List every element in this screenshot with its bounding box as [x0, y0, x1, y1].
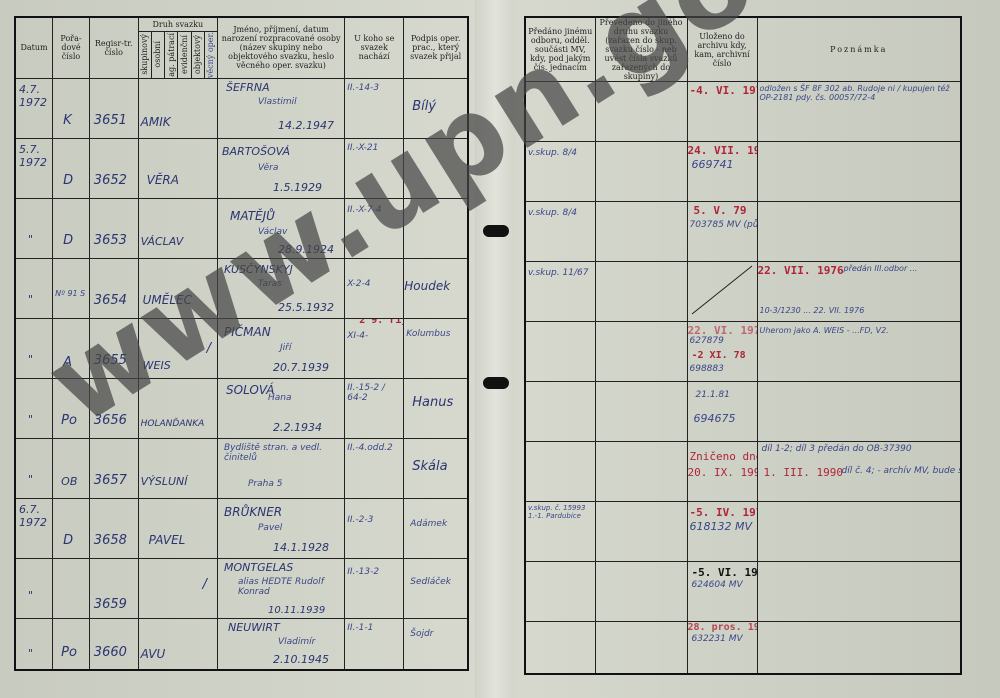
header-ag-patraci: ag. pátrací [167, 33, 176, 77]
row-datum: " [28, 647, 33, 660]
row-datum: 5.7. 1972 [19, 143, 51, 169]
row-poradove: D [63, 173, 73, 188]
row-registr: 3655 [94, 353, 127, 368]
row-podpis: Kolumbus [406, 329, 450, 339]
row-registr: 3659 [94, 597, 127, 612]
table-row: " A 3655 WEIS/ PIČMANJiří20.7.1939 2 9. … [15, 318, 468, 378]
row-poznamka: předán III.odbor ... [844, 264, 918, 273]
row-jmeno2: Hana [268, 393, 292, 403]
row-podpis: Adámek [410, 519, 447, 529]
header-vecny-oper: věcný oper. [206, 32, 215, 78]
row-registr: 3651 [94, 113, 127, 128]
row-narozeni: 2.2.1934 [273, 421, 322, 434]
table-row: v.skup. č. 15993 1.-1. Pardubice -5. IV.… [525, 502, 961, 562]
row-kryci-jmeno: WEIS [143, 359, 171, 372]
row-jmeno: BRŮKNER [224, 505, 282, 519]
row-u-koho: II.-14-3 [347, 83, 379, 93]
binding-hole-icon [483, 225, 509, 237]
table-row: 6.7. 1972 D 3658 PAVEL BRŮKNERPavel14.1.… [15, 498, 468, 558]
row-poznamka: Uherom jako A. WEIS - ...FD, V2. [760, 326, 960, 335]
row-narozeni: 10.11.1939 [268, 605, 325, 616]
table-row: 5.7. 1972 D 3652 VĚRA BARTOŠOVÁVěra1.5.1… [15, 138, 468, 198]
row-poznamka-stamp: 22. VII. 1976 [758, 264, 844, 277]
row-ulozeno-num: 632231 MV [692, 634, 743, 644]
row-u-koho: II.-X-7-4 [347, 205, 381, 215]
row-registr: 3658 [94, 533, 127, 548]
row-ulozeno-num: 624604 MV [692, 580, 743, 590]
row-poznamka2: 10-3/1230 ... 22. VII. 1976 [760, 306, 865, 315]
row-jmeno2: Věra [258, 163, 278, 173]
row-poradove: Nº 91 S [55, 289, 87, 298]
row-kryci-jmeno: AMIK [141, 115, 171, 129]
header-ulozeno: Uloženo do archivu kdy, kam, archivní čí… [687, 17, 757, 82]
diagonal-strike-icon [688, 262, 758, 322]
table-row: 21.1.81694675 [525, 382, 961, 442]
header-registr-cislo: Regisr-tr. číslo [89, 17, 138, 78]
header-prevedeno: Převedeno do jiného druhu svazku (zařaze… [595, 17, 687, 82]
left-ledger-table: Datum Pořa-dové číslo Regisr-tr. číslo D… [14, 16, 469, 671]
row-jmeno2: Vladimír [278, 637, 315, 647]
table-row: v.skup. 8/4 24. VII. 1975669741 [525, 142, 961, 202]
row-registr: 3660 [94, 645, 127, 660]
row-jmeno: NEUWIRT [228, 621, 280, 634]
row-narozeni: 14.2.1947 [278, 119, 334, 132]
header-predano: Předáno jinému odboru, odděl. součásti M… [525, 17, 595, 82]
row-datum: " [28, 473, 33, 486]
header-u-koho: U koho se svazek nachází [345, 17, 404, 78]
row-datum: " [28, 353, 33, 366]
header-podpis: Podpis oper. prac., který svazek přijal [404, 17, 468, 78]
row-datum: " [28, 293, 33, 306]
row-predano: v.skup. č. 15993 1.-1. Pardubice [528, 504, 594, 520]
row-ulozeno-num: 21.1.81 [696, 390, 730, 400]
row-jmeno: PIČMAN [224, 325, 271, 339]
header-poradove-cislo: Pořa-dové číslo [53, 17, 90, 78]
row-narozeni: 1.5.1929 [273, 181, 322, 194]
row-poznamka2: díl č. 4; - archív MV, bude skartace [842, 466, 962, 476]
row-jmeno2: Václav [258, 227, 287, 237]
header-evidencni: evidenční [180, 35, 189, 74]
row-predano: v.skup. 8/4 [528, 208, 577, 218]
row-jmeno2: Pavel [258, 523, 282, 533]
row-poradove: D [63, 533, 73, 548]
header-datum: Datum [15, 17, 53, 78]
row-kryci-jmeno: PAVEL [149, 533, 186, 547]
table-row: " OB 3657 VÝSLUNÍ Bydliště stran. a vedl… [15, 438, 468, 498]
row-mark: / [207, 341, 211, 356]
row-datum: " [28, 589, 33, 602]
table-row: v.skup. 11/67 22. VII. 1976předán III.od… [525, 262, 961, 322]
row-podpis: Hanus [412, 395, 453, 410]
row-u-koho: II.-13-2 [347, 567, 379, 577]
row-ulozeno-stamp: Zničeno dne [690, 450, 758, 463]
row-registr: 3654 [94, 293, 127, 308]
row-ulozeno-stamp: 5. V. 79 [694, 204, 747, 217]
row-kryci-jmeno: UMĚLEC [143, 293, 192, 307]
row-registr: 3652 [94, 173, 127, 188]
row-predano: v.skup. 8/4 [528, 148, 577, 158]
row-poradove: D [63, 233, 73, 248]
row-kryci-jmeno: VĚRA [147, 173, 179, 187]
table-row: 22. VI. 1973627879-2 XI. 78698883 Uherom… [525, 322, 961, 382]
row-podpis: Šojdr [410, 629, 433, 639]
row-mark: / [203, 577, 207, 592]
row-u-koho: II.-4.odd.2 [347, 443, 393, 453]
row-ulozeno-num: 20. IX. 1990; [688, 466, 758, 479]
row-ulozeno-stamp2: -2 XI. 78 [692, 350, 746, 361]
table-row: -5. VI. 1973624604 MV [525, 562, 961, 622]
row-poradove: Po [61, 413, 77, 428]
row-u-koho: II.-15-2 / 64-2 [347, 383, 397, 403]
row-datum: " [28, 413, 33, 426]
row-u-koho: XI-4- [347, 331, 368, 341]
row-jmeno2: Jiří [280, 343, 291, 353]
row-predano: v.skup. 11/67 [528, 268, 588, 278]
row-poznamka-stamp: 1. III. 1990 [764, 466, 843, 479]
row-datum: " [28, 233, 33, 246]
row-podpis: Houdek [404, 279, 450, 293]
row-narozeni: 28.9.1924 [278, 243, 334, 256]
row-jmeno: MONTGELAS [224, 561, 293, 574]
row-podpis: Sedláček [410, 577, 451, 587]
row-registr: 3657 [94, 473, 127, 488]
row-ulozeno-num2: 694675 [694, 412, 736, 425]
binding-spine [475, 0, 515, 698]
row-narozeni: 25.5.1932 [278, 301, 334, 314]
row-datum: 6.7. 1972 [19, 503, 51, 529]
row-kryci-jmeno: HOLANĎANKA [141, 419, 205, 429]
table-row: " Po 3660 AVU NEUWIRTVladimír2.10.1945 I… [15, 618, 468, 670]
row-podpis: Bílý [412, 99, 436, 114]
row-ulozeno-stamp: 24. VII. 1975 [688, 144, 758, 157]
table-row: " Po 3656 HOLANĎANKA SOLOVÁHana2.2.1934 … [15, 378, 468, 438]
row-kryci-jmeno: VÁCLAV [141, 235, 184, 248]
row-poradove: OB [61, 475, 77, 488]
row-ulozeno-num: 627879 [690, 336, 724, 346]
row-jmeno: ŠEFRNA [226, 81, 270, 94]
binding-hole-icon [483, 377, 509, 389]
row-narozeni: 14.1.1928 [273, 541, 329, 554]
row-ulozeno-stamp: -5. IV. 1976 [690, 506, 758, 519]
row-jmeno: KUSČYNSKYJ [224, 263, 293, 276]
row-datum: 4.7. 1972 [19, 83, 51, 109]
header-osobni: osobní [153, 41, 162, 68]
row-jmeno2: Vlastimil [258, 97, 297, 107]
table-row: v.skup. 8/4 5. V. 79703785 MV (půl dům) [525, 202, 961, 262]
row-ulozeno-stamp: -5. VI. 1973 [692, 566, 758, 579]
header-jmeno: Jméno, příjmení, datum narození rozpraco… [218, 17, 345, 78]
row-poradove: A [63, 355, 72, 370]
table-row: " 3659 / MONTGELASalias HEDTE Rudolf Kon… [15, 558, 468, 618]
header-poznamka: Poznámka [757, 17, 961, 82]
row-poznamka: díl 1-2; díl 3 předán do OB-37390 [762, 444, 912, 454]
row-jmeno: Bydliště stran. a vedl. činitelů [224, 443, 339, 463]
row-jmeno: MATĚJŮ [230, 209, 275, 223]
header-objektovy: objektový [193, 35, 202, 74]
row-u-koho: X-2-4 [347, 279, 370, 289]
table-row: Zničeno dne20. IX. 1990; díl 1-2; díl 3 … [525, 442, 961, 502]
row-poradove: Po [61, 645, 77, 660]
header-druh-svazku: Druh svazku [138, 17, 217, 31]
row-registr: 3653 [94, 233, 127, 248]
row-poznamka: odložen s ŠF 8F 302 ab. Rudoje ni / kupu… [760, 84, 960, 102]
row-u-koho: II.-1-1 [347, 623, 373, 633]
row-podpis: Skála [412, 459, 447, 474]
table-row: 4.7. 1972 K 3651 AMIK ŠEFRNAVlastimil14.… [15, 78, 468, 138]
row-stamp: 2 9. října 1973 [359, 318, 404, 326]
row-jmeno2: Praha 5 [248, 479, 282, 489]
row-jmeno: BARTOŠOVÁ [222, 145, 290, 158]
row-ulozeno-num2: 698883 [690, 364, 724, 374]
row-ulozeno-stamp: -4. VI. 1974 [690, 84, 758, 97]
table-row: 28. pros. 1973632231 MV [525, 622, 961, 674]
row-kryci-jmeno: AVU [141, 647, 166, 661]
table-row: " D 3653 VÁCLAV MATĚJŮVáclav28.9.1924 II… [15, 198, 468, 258]
row-u-koho: II.-2-3 [347, 515, 373, 525]
row-narozeni: 2.10.1945 [273, 653, 329, 666]
row-ulozeno-num: 703785 MV (půl dům) [690, 220, 758, 230]
header-skupinovy: skupinový [140, 34, 149, 75]
table-row: -4. VI. 1974 odložen s ŠF 8F 302 ab. Rud… [525, 82, 961, 142]
row-narozeni: 20.7.1939 [273, 361, 329, 374]
row-ulozeno-num: 669741 [692, 158, 734, 171]
row-jmeno2: Taras [258, 279, 282, 289]
row-ulozeno-stamp: 28. pros. 1973 [688, 622, 758, 633]
row-ulozeno-num: 618132 MV [690, 520, 753, 533]
row-jmeno2: alias HEDTE Rudolf Konrad [238, 577, 338, 597]
row-poradove: K [63, 113, 72, 128]
row-kryci-jmeno: VÝSLUNÍ [141, 475, 188, 488]
row-u-koho: II.-X-21 [347, 143, 378, 153]
table-row: " Nº 91 S 3654 UMĚLEC KUSČYNSKYJTaras25.… [15, 258, 468, 318]
row-registr: 3656 [94, 413, 127, 428]
right-ledger-table: Předáno jinému odboru, odděl. součásti M… [524, 16, 962, 675]
